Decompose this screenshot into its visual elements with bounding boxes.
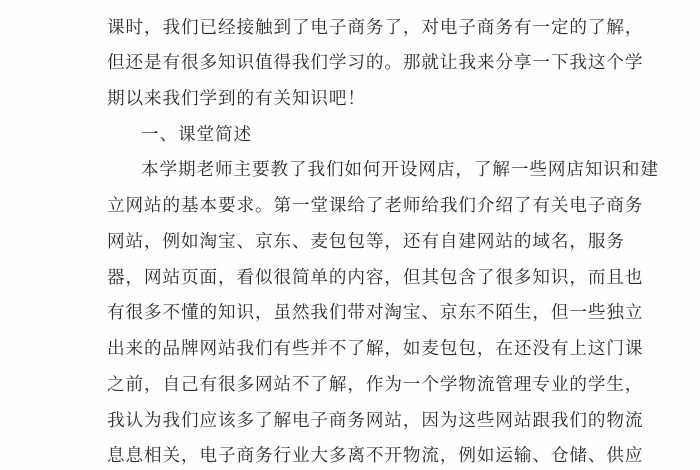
text-line: 有很多不懂的知识，虽然我们带对淘宝、京东不陌生，但一些独立: [107, 301, 643, 325]
text-line: 我认为我们应该多了解电子商务网站，因为这些网站跟我们的物流: [107, 409, 643, 433]
document-page: 课时，我们已经接触到了电子商务了，对电子商务有一定的了解， 但还是有很多知识值得…: [0, 0, 700, 470]
section-heading: 一、课堂简述: [141, 123, 252, 147]
text-line: 器，网站页面，看似很简单的内容，但其包含了很多知识，而且也: [107, 266, 643, 290]
text-line: 之前，自己有很多网站不了解，作为一个学物流管理专业的学生，: [107, 373, 643, 397]
text-line: 息息相关，电子商务行业大多离不开物流，例如运输、仓储、供应: [107, 444, 643, 468]
text-line: 出来的品牌网站我们有些并不了解，如麦包包，在还没有上这门课: [107, 337, 643, 361]
text-line: 本学期老师主要教了我们如何开设网店，了解一些网店知识和建: [141, 158, 659, 182]
text-line: 课时，我们已经接触到了电子商务了，对电子商务有一定的了解，: [107, 16, 643, 40]
text-line: 网站，例如淘宝、京东、麦包包等，还有自建网站的域名，服务: [107, 230, 625, 254]
text-line: 立网站的基本要求。第一堂课给了老师给我们介绍了有关电子商务: [107, 194, 643, 218]
text-line: 期以来我们学到的有关知识吧！: [107, 87, 366, 111]
text-line: 但还是有很多知识值得我们学习的。那就让我来分享一下我这个学: [107, 51, 643, 75]
